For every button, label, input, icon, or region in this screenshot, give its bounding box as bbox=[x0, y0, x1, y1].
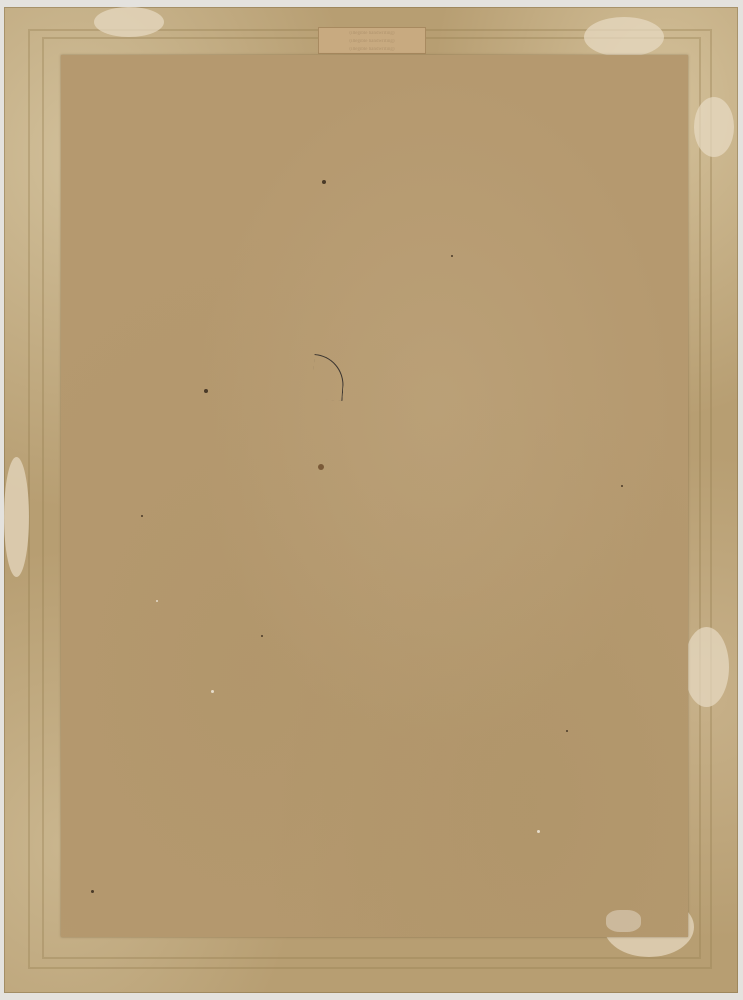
tape-tear bbox=[4, 457, 29, 577]
speck bbox=[322, 180, 326, 184]
tape-tear bbox=[694, 97, 734, 157]
speck bbox=[318, 464, 324, 470]
tape-tear bbox=[94, 7, 164, 37]
speck bbox=[451, 255, 453, 257]
label-line: (illegible handwriting) bbox=[319, 38, 425, 46]
speck bbox=[537, 830, 540, 833]
label-line: (illegible handwriting) bbox=[319, 46, 425, 54]
speck bbox=[91, 890, 94, 893]
label-line: (illegible handwriting) bbox=[319, 30, 425, 38]
speck bbox=[204, 389, 208, 393]
tape-tear bbox=[584, 17, 664, 57]
tape-tear bbox=[684, 627, 729, 707]
hair-fiber bbox=[311, 354, 345, 401]
handwritten-label: (illegible handwriting) (illegible handw… bbox=[318, 27, 426, 54]
speck bbox=[141, 515, 143, 517]
speck bbox=[566, 730, 568, 732]
speck bbox=[211, 690, 214, 693]
speck bbox=[621, 485, 623, 487]
speck bbox=[261, 635, 263, 637]
speck bbox=[156, 600, 158, 602]
cardboard-backing bbox=[61, 55, 688, 937]
scuff bbox=[606, 910, 641, 932]
